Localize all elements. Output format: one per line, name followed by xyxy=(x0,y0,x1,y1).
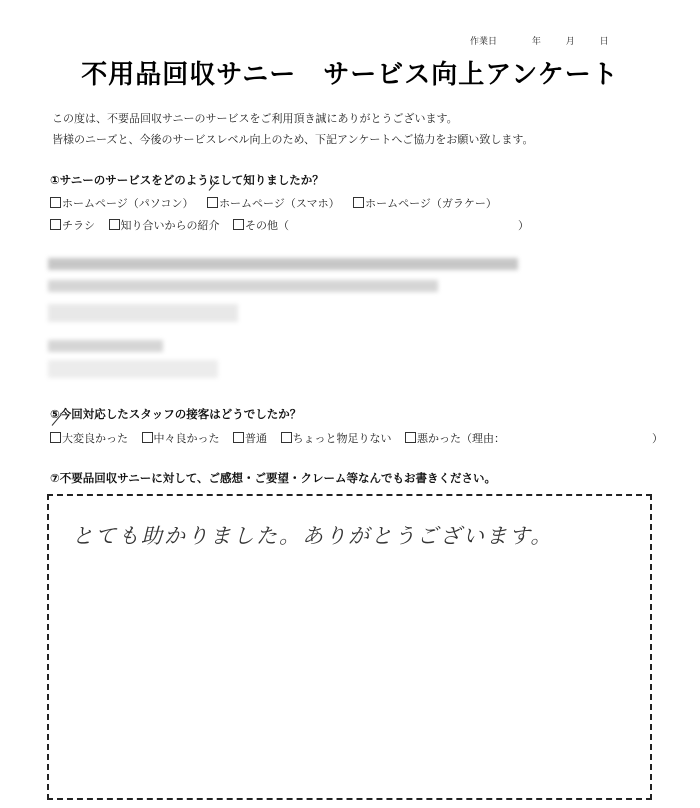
question-5: ⑤今回対応したスタッフの接客はどうでしたか？ xyxy=(50,406,301,422)
checkbox[interactable] xyxy=(405,432,416,443)
q1-option-other[interactable]: その他（ xyxy=(233,217,289,233)
reason-close-paren: ） xyxy=(652,430,663,446)
q5-option-lacking[interactable]: ちょっと物足りない xyxy=(281,430,392,446)
q1-option-feature-phone[interactable]: ホームページ（ガラケー） xyxy=(353,195,497,211)
checkbox[interactable] xyxy=(281,432,292,443)
redacted-block xyxy=(48,258,518,270)
checkbox[interactable] xyxy=(353,197,364,208)
q5-option-bad[interactable]: 悪かった（理由： xyxy=(405,430,505,446)
redacted-block xyxy=(48,280,438,292)
question-7: ⑦不要品回収サニーに対して、ご感想・ご要望・クレーム等なんでもお書きください。 xyxy=(50,470,496,486)
q5-option-good[interactable]: 中々良かった xyxy=(142,430,220,446)
q1-option-pc[interactable]: ホームページ（パソコン） xyxy=(50,195,194,211)
redacted-block xyxy=(48,360,218,378)
redacted-block xyxy=(48,304,238,322)
redacted-block xyxy=(48,340,163,352)
checkbox[interactable] xyxy=(142,432,153,443)
checkbox[interactable] xyxy=(50,197,61,208)
checkbox[interactable] xyxy=(109,219,120,230)
question-1: ①サニーのサービスをどのようにして知りましたか？ xyxy=(50,172,324,188)
checkbox-checked[interactable] xyxy=(207,197,218,208)
checkbox[interactable] xyxy=(233,219,244,230)
handwritten-answer: とても助かりました。ありがとうございます。 xyxy=(72,520,553,550)
day-label: 日 xyxy=(600,34,609,47)
q1-options-row1: ホームページ（パソコン） ホームページ（スマホ） ホームページ（ガラケー） xyxy=(50,195,507,211)
other-close-paren: ） xyxy=(518,217,529,233)
q5-option-very-good[interactable]: 大変良かった xyxy=(50,430,128,446)
q1-options-row2: チラシ 知り合いからの紹介 その他（ ） xyxy=(50,217,530,233)
q1-option-smartphone[interactable]: ホームページ（スマホ） xyxy=(207,195,340,211)
checkbox-checked[interactable] xyxy=(50,432,61,443)
q1-option-referral[interactable]: 知り合いからの紹介 xyxy=(109,217,220,233)
work-date-label: 作業日 xyxy=(470,34,497,47)
intro-line-2: 皆様のニーズと、今後のサービスレベル向上のため、下記アンケートへご協力をお願い致… xyxy=(52,131,533,147)
year-label: 年 xyxy=(532,34,541,47)
intro-line-1: この度は、不要品回収サニーのサービスをご利用頂き誠にありがとうございます。 xyxy=(52,110,458,126)
q1-option-flyer[interactable]: チラシ xyxy=(50,217,95,233)
page-title: 不用品回収サニー サービス向上アンケート xyxy=(0,54,700,91)
checkbox[interactable] xyxy=(50,219,61,230)
q5-options: 大変良かった 中々良かった 普通 ちょっと物足りない 悪かった（理由： ） xyxy=(50,430,670,446)
checkbox[interactable] xyxy=(233,432,244,443)
month-label: 月 xyxy=(566,34,575,47)
work-date: 作業日 年 月 日 xyxy=(470,34,609,47)
q5-option-average[interactable]: 普通 xyxy=(233,430,267,446)
